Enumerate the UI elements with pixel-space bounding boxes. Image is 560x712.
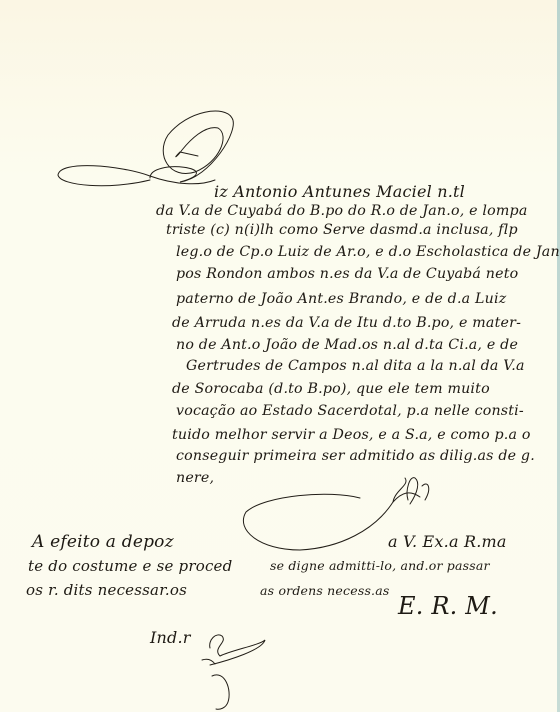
dispatch-line-2: te do costume e se proced bbox=[28, 557, 232, 575]
dispatch-line-3: os r. dits necessar.os bbox=[26, 581, 187, 599]
bottom-signature: Ind.r bbox=[150, 628, 191, 647]
petition-line-6: paterno de João Ant.es Brando, e de d.a … bbox=[176, 291, 506, 307]
petition-line-12: tuido melhor servir a Deos, e a S.a, e c… bbox=[172, 427, 531, 443]
petition-line-13: conseguir primeira ser admitido as dilig… bbox=[176, 448, 535, 464]
petition-line-5: pos Rondon ambos n.es da V.a de Cuyabá n… bbox=[176, 266, 518, 282]
petition-line-8: no de Ant.o João de Mad.os n.al d.ta Ci.… bbox=[176, 337, 518, 353]
closing-signature: E. R. M. bbox=[398, 592, 498, 620]
petition-line-11: vocação ao Estado Sacerdotal, p.a nelle … bbox=[176, 403, 524, 419]
petition-line-7: de Arruda n.es da V.a de Itu d.to B.po, … bbox=[172, 315, 521, 331]
petition-line-14: nere, bbox=[176, 470, 214, 486]
petition-line-4: leg.o de Cp.o Luiz de Ar.o, e d.o Eschol… bbox=[176, 244, 560, 260]
petition-line-9: Gertrudes de Campos n.al dita a la n.al … bbox=[186, 358, 525, 374]
petition-line-3: triste (c) n(i)lh como Serve dasmd.a inc… bbox=[166, 222, 518, 238]
closing-line-3: as ordens necess.as bbox=[260, 583, 390, 598]
petition-line-1: iz Antonio Antunes Maciel n.tl bbox=[214, 182, 465, 201]
closing-line-2: se digne admitti-lo, and.or passar bbox=[270, 558, 490, 573]
dispatch-line-1: A efeito a depoz bbox=[32, 532, 174, 552]
petition-line-2: da V.a de Cuyabá do B.po do R.o de Jan.o… bbox=[156, 203, 528, 219]
closing-address: a V. Ex.a R.ma bbox=[388, 532, 507, 551]
petition-line-10: de Sorocaba (d.to B.po), que ele tem mui… bbox=[172, 381, 490, 397]
